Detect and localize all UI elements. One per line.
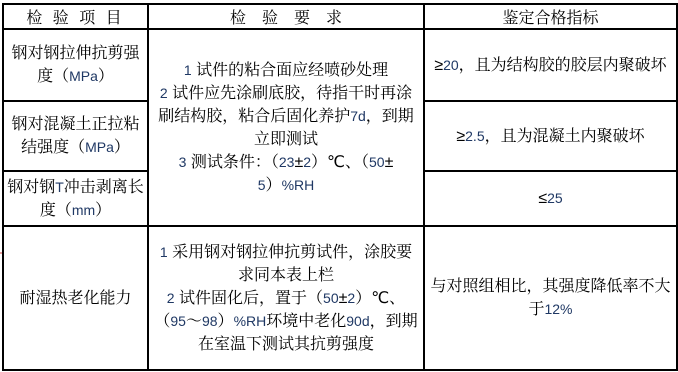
- cell-item-damp-heat-aging: 耐湿热老化能力: [3, 226, 148, 370]
- cell-criteria-concrete-tensile: ≥2.5，且为混凝土内聚破坏: [424, 101, 677, 171]
- cell-requirements-aging: 1 采用钢对钢拉伸抗剪试件，涂胶要求同本表上栏2 试件固化后，置于（50±2）℃…: [148, 226, 424, 370]
- table-row-steel-shear: 钢对钢拉伸抗剪强度（MPa） 1 试件的粘合面应经喷砂处理2 试件应先涂刷底胶，…: [3, 29, 677, 101]
- cell-criteria-aging: 与对照组相比，其强度降低率不大于12%: [424, 226, 677, 370]
- inspection-criteria-table: 检 验 项 目 检 验 要 求 鉴定合格指标 钢对钢拉伸抗剪强度（MPa） 1 …: [2, 3, 678, 371]
- header-inspection-requirement: 检 验 要 求: [148, 4, 424, 29]
- table-row-aging-resistance: 耐湿热老化能力 1 采用钢对钢拉伸抗剪试件，涂胶要求同本表上栏2 试件固化后，置…: [3, 226, 677, 370]
- cell-requirements-merged: 1 试件的粘合面应经喷砂处理2 试件应先涂刷底胶，待指干时再涂刷结构胶，粘合后固…: [148, 29, 424, 226]
- cell-criteria-steel-shear: ≥20，且为结构胶的胶层内聚破坏: [424, 29, 677, 101]
- cell-criteria-peel-length: ≤25: [424, 171, 677, 226]
- cell-item-t-impact-peel-length: 钢对钢T冲击剥离长度（mm）: [3, 171, 148, 226]
- header-inspection-item: 检 验 项 目: [3, 4, 148, 29]
- table-header-row: 检 验 项 目 检 验 要 求 鉴定合格指标: [3, 4, 677, 29]
- header-qualification-criteria: 鉴定合格指标: [424, 4, 677, 29]
- document-page: 检 验 项 目 检 验 要 求 鉴定合格指标 钢对钢拉伸抗剪强度（MPa） 1 …: [0, 0, 678, 372]
- cell-item-steel-to-concrete-bond-strength: 钢对混凝土正拉粘结强度（MPa）: [3, 101, 148, 171]
- cell-item-steel-to-steel-shear-strength: 钢对钢拉伸抗剪强度（MPa）: [3, 29, 148, 101]
